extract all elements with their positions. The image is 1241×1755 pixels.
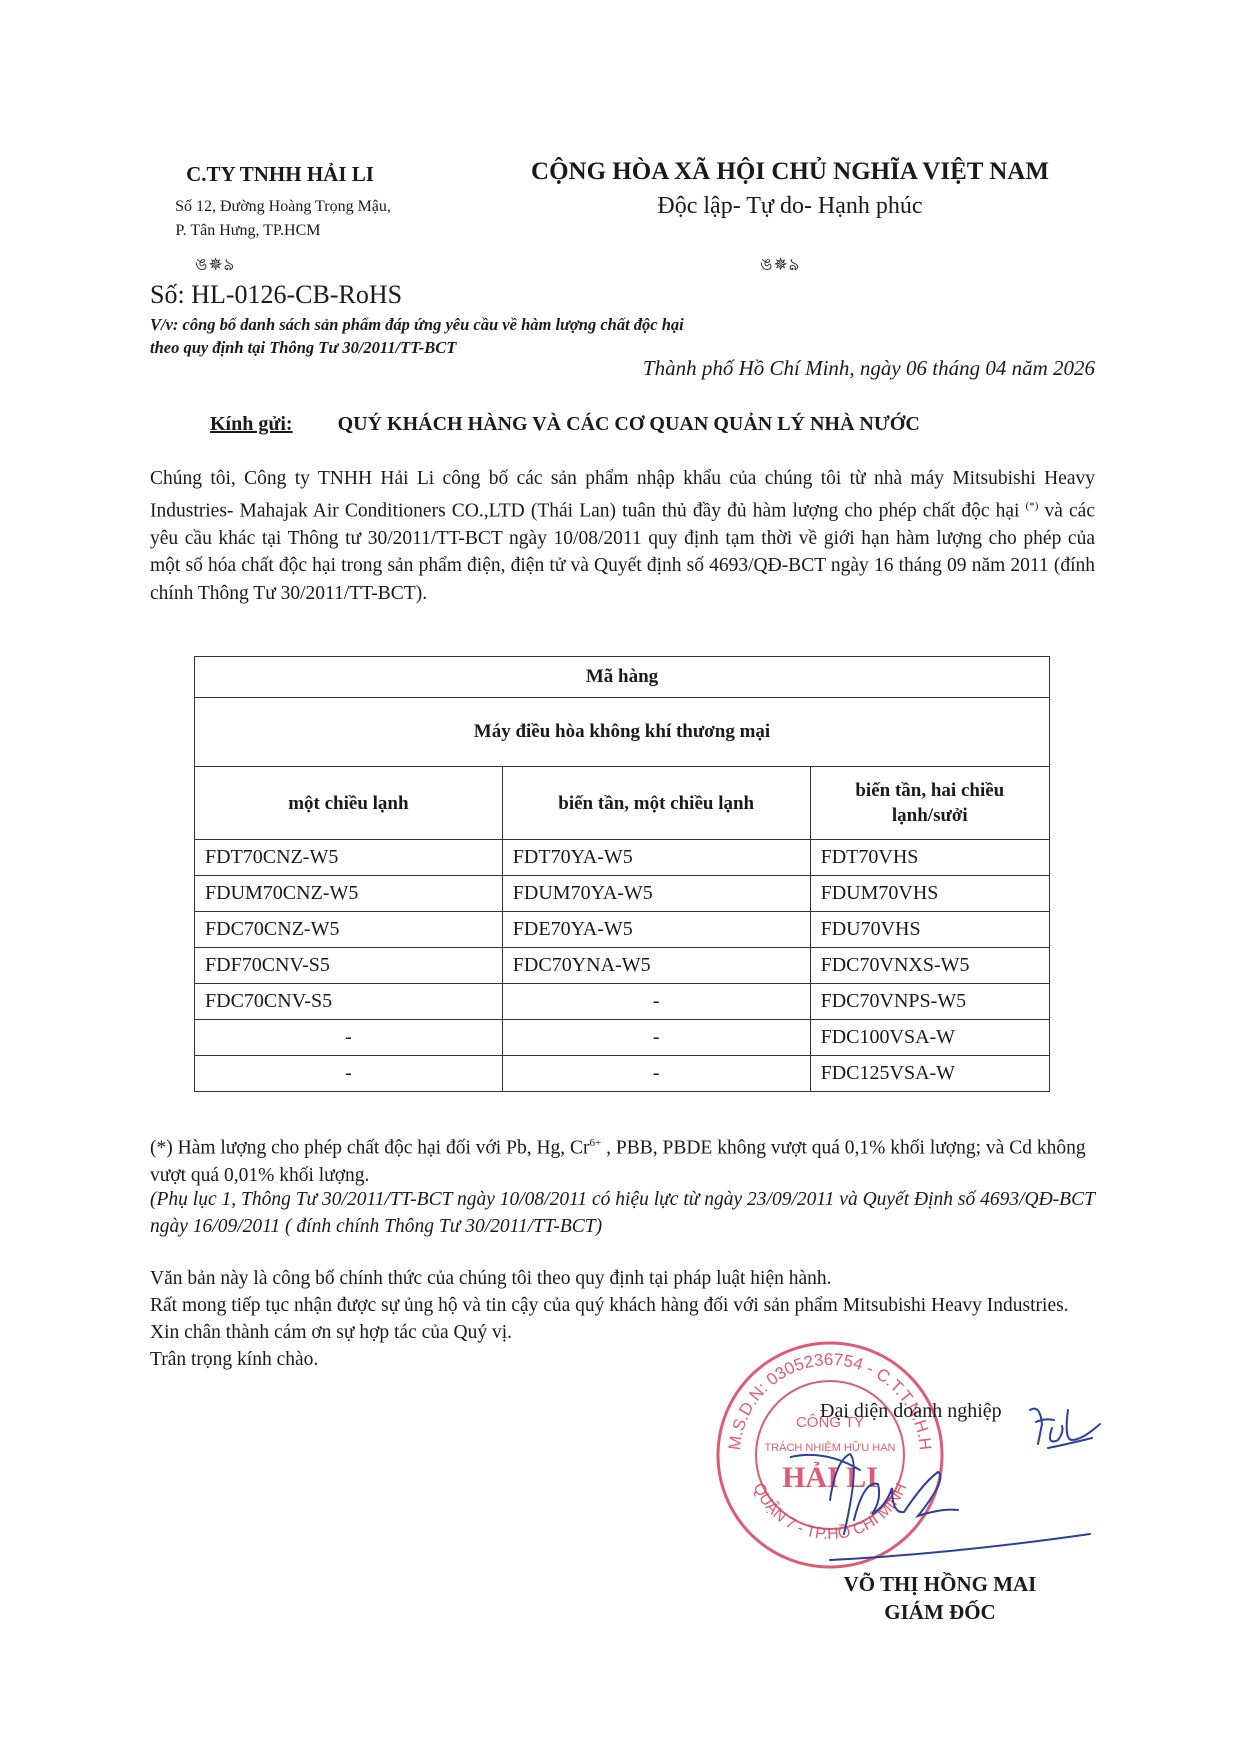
- body-text: Chúng tôi, Công ty TNHH Hải Li công bố c…: [150, 468, 1095, 521]
- company-name: C.TY TNHH HẢI LI: [150, 162, 410, 187]
- ornament-icon: ঙ✵ঌ: [195, 252, 235, 280]
- table-cell: FDC70CNZ-W5: [195, 912, 503, 948]
- body-paragraph: Chúng tôi, Công ty TNHH Hải Li công bố c…: [150, 465, 1095, 607]
- table-cell: -: [502, 1020, 810, 1056]
- closing-text: Văn bản này là công bố chính thức của ch…: [150, 1265, 1095, 1373]
- signer-title: GIÁM ĐỐC: [790, 1598, 1090, 1626]
- table-cell: FDT70CNZ-W5: [195, 840, 503, 876]
- recipient: Kính gửi: QUÝ KHÁCH HÀNG VÀ CÁC CƠ QUAN …: [210, 413, 920, 436]
- ornament-icon: ঙ✵ঌ: [760, 252, 800, 280]
- table-cell: FDT70VHS: [810, 840, 1049, 876]
- table-cell: FDC100VSA-W: [810, 1020, 1049, 1056]
- table-cell: FDC70VNXS-W5: [810, 948, 1049, 984]
- closing-line: Xin chân thành cám ơn sự hợp tác của Quý…: [150, 1319, 1095, 1346]
- superscript: 6+: [590, 1137, 602, 1149]
- table-cell: -: [195, 1020, 503, 1056]
- document-number: Số: HL-0126-CB-RoHS: [150, 280, 402, 310]
- table-cell: -: [502, 1056, 810, 1092]
- recipient-name: QUÝ KHÁCH HÀNG VÀ CÁC CƠ QUAN QUẢN LÝ NH…: [338, 413, 920, 435]
- table-cell: FDT70YA-W5: [502, 840, 810, 876]
- subject-line: V/v: công bố danh sách sản phẩm đáp ứng …: [150, 313, 850, 336]
- product-table: Mã hàng Máy điều hòa không khí thương mạ…: [194, 656, 1050, 1092]
- table-cell: FDC70CNV-S5: [195, 984, 503, 1020]
- table-row: --FDC125VSA-W: [195, 1056, 1050, 1092]
- document-subject: V/v: công bố danh sách sản phẩm đáp ứng …: [150, 313, 850, 359]
- table-row: FDUM70CNZ-W5FDUM70YA-W5FDUM70VHS: [195, 876, 1050, 912]
- table-row: FDC70CNZ-W5FDE70YA-W5FDU70VHS: [195, 912, 1050, 948]
- table-cell: -: [195, 1056, 503, 1092]
- table-subtitle: Máy điều hòa không khí thương mại: [195, 698, 1050, 767]
- legal-reference: (Phụ lục 1, Thông Tư 30/2011/TT-BCT ngày…: [150, 1186, 1095, 1240]
- closing-line: Trân trọng kính chào.: [150, 1346, 1095, 1373]
- table-cell: FDC70YNA-W5: [502, 948, 810, 984]
- national-motto: Độc lập- Tự do- Hạnh phúc: [480, 193, 1100, 220]
- table-row: --FDC100VSA-W: [195, 1020, 1050, 1056]
- table-row: FDT70CNZ-W5FDT70YA-W5FDT70VHS: [195, 840, 1050, 876]
- table-row: FDC70CNV-S5-FDC70VNPS-W5: [195, 984, 1050, 1020]
- table-cell: FDUM70VHS: [810, 876, 1049, 912]
- table-cell: FDUM70CNZ-W5: [195, 876, 503, 912]
- table-cell: FDF70CNV-S5: [195, 948, 503, 984]
- table-cell: -: [502, 984, 810, 1020]
- table-cell: FDUM70YA-W5: [502, 876, 810, 912]
- footnote: (*) Hàm lượng cho phép chất độc hại đối …: [150, 1130, 1095, 1189]
- nation-title: CỘNG HÒA XÃ HỘI CHỦ NGHĨA VIỆT NAM: [480, 158, 1100, 186]
- table-cell: FDU70VHS: [810, 912, 1049, 948]
- recipient-label: Kính gửi:: [210, 413, 293, 435]
- company-address-line2: P. Tân Hưng, TP.HCM: [148, 222, 348, 240]
- closing-line: Văn bản này là công bố chính thức của ch…: [150, 1265, 1095, 1292]
- date-line: Thành phố Hồ Chí Minh, ngày 06 tháng 04 …: [560, 356, 1095, 381]
- table-row: FDF70CNV-S5FDC70YNA-W5FDC70VNXS-W5: [195, 948, 1050, 984]
- table-title: Mã hàng: [195, 657, 1050, 698]
- column-header: một chiều lạnh: [195, 767, 503, 840]
- column-header: biến tần, một chiều lạnh: [502, 767, 810, 840]
- table-cell: FDC125VSA-W: [810, 1056, 1049, 1092]
- table-cell: FDC70VNPS-W5: [810, 984, 1049, 1020]
- company-address-line1: Số 12, Đường Hoàng Trọng Mậu,: [148, 198, 418, 216]
- signer: VÕ THỊ HỒNG MAI GIÁM ĐỐC: [790, 1570, 1090, 1626]
- table-cell: FDE70YA-W5: [502, 912, 810, 948]
- footnote-mark: (*): [1026, 500, 1039, 512]
- signature-icon: [790, 1400, 1110, 1580]
- closing-line: Rất mong tiếp tục nhận được sự ủng hộ và…: [150, 1292, 1095, 1319]
- column-header: biến tần, hai chiều lạnh/sưởi: [810, 767, 1049, 840]
- signer-name: VÕ THỊ HỒNG MAI: [790, 1570, 1090, 1598]
- footnote-text: (*) Hàm lượng cho phép chất độc hại đối …: [150, 1138, 590, 1159]
